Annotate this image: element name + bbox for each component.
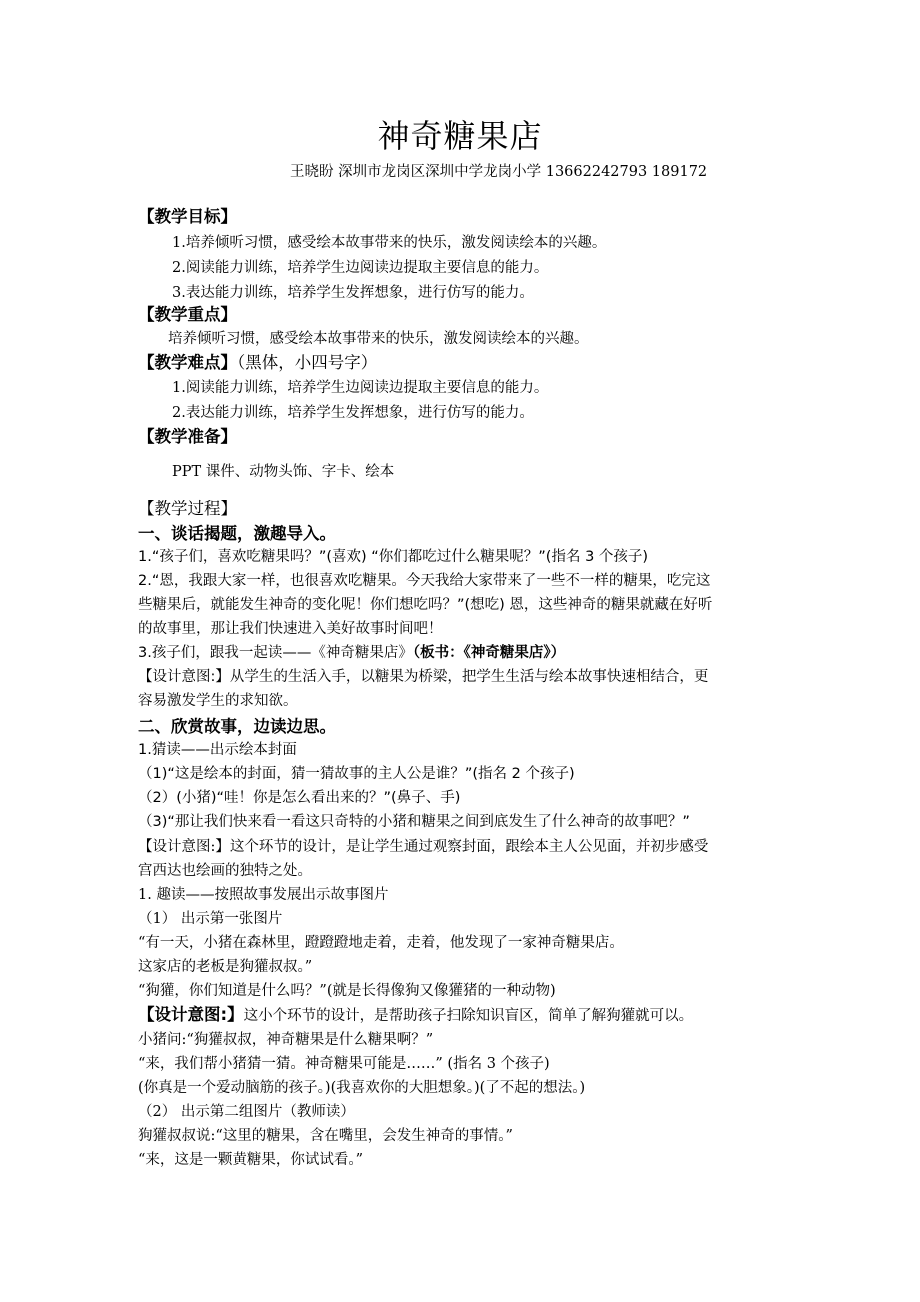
difficulties-note: （黑体，小四号字） (237, 353, 377, 372)
process-line: 这家店的老板是狗獾叔叔。” (138, 956, 312, 978)
difficulties-heading-row: 【教学难点】（黑体，小四号字） (138, 352, 377, 375)
process-line: (你真是一个爱动脑筋的孩子。)(我喜欢你的大胆想象。)(了不起的想法。) (138, 1077, 585, 1099)
process-line: 1. 趣读——按照故事发展出示故事图片 (138, 884, 388, 906)
process-line: （3)“那让我们快来看一看这只奇特的小猪和糖果之间到底发生了什么神奇的故事吧？” (138, 811, 690, 833)
process-line: “来，我们帮小猪猜一猜。神奇糖果可能是……” (指名 3 个孩子) (138, 1053, 550, 1075)
process-line: （2） 出示第二组图片（教师读） (138, 1101, 355, 1123)
design-intent: 容易激发学生的求知欲。 (138, 690, 298, 712)
blackboard-note: （板书：《神奇糖果店》） (413, 645, 565, 661)
design-intent-2: 【设计意图:】这小个环节的设计，是帮助孩子扫除知识盲区，简单了解狗獾就可以。 (138, 1004, 693, 1027)
goal-item: 2.阅读能力训练，培养学生边阅读边提取主要信息的能力。 (172, 257, 548, 279)
process-line: 些糖果后，就能发生神奇的变化呢！你们想吃吗？”(想吃) 恩，这些神奇的糖果就藏在… (138, 594, 712, 616)
goal-item: 1.培养倾听习惯，感受绘本故事带来的快乐，激发阅读绘本的兴趣。 (172, 232, 606, 254)
key-points-heading: 【教学重点】 (138, 304, 237, 326)
part2-heading: 二、欣赏故事，边读边思。 (138, 716, 336, 738)
read-along-text: 3.孩子们，跟我一起读——《神奇糖果店》 (138, 645, 413, 661)
goal-item: 3.表达能力训练，培养学生发挥想象，进行仿写的能力。 (172, 282, 534, 304)
process-line: （1)“这是绘本的封面，猜一猜故事的主人公是谁？”(指名 2 个孩子) (138, 763, 575, 785)
process-line: 1.“孩子们，喜欢吃糖果吗？”(喜欢) “你们都吃过什么糖果呢？”(指名 3 个… (138, 546, 648, 568)
difficulties-heading: 【教学难点】 (138, 353, 237, 372)
preparation-heading: 【教学准备】 (138, 426, 237, 448)
design-intent: 【设计意图:】这个环节的设计，是让学生通过观察封面，跟绘本主人公见面，并初步感受 (138, 836, 708, 858)
document-page: 神奇糖果店 王晓盼 深圳市龙岗区深圳中学龙岗小学 13662242793 189… (0, 0, 920, 1302)
document-title: 神奇糖果店 (0, 114, 920, 158)
process-line: （2）(小猪)“哇！你是怎么看出来的？”(鼻子、手) (138, 787, 460, 809)
goals-heading: 【教学目标】 (138, 206, 237, 228)
author-line: 王晓盼 深圳市龙岗区深圳中学龙岗小学 13662242793 189172 (290, 161, 707, 183)
part1-heading: 一、谈话揭题，激趣导入。 (138, 523, 336, 545)
process-line: （1） 出示第一张图片 (138, 908, 282, 930)
design-intent: 宫西达也绘画的独特之处。 (138, 860, 312, 882)
preparation-text: PPT 课件、动物头饰、字卡、绘本 (172, 461, 394, 483)
process-line: “狗獾，你们知道是什么吗？”(就是长得像狗又像獾猪的一种动物) (138, 980, 556, 1002)
process-line: “有一天，小猪在森林里，蹬蹬蹬地走着，走着，他发现了一家神奇糖果店。 (138, 932, 624, 954)
process-line: 狗獾叔叔说:“这里的糖果，含在嘴里，会发生神奇的事情。” (138, 1125, 513, 1147)
process-line: “来，这是一颗黄糖果，你试试看。” (138, 1149, 363, 1171)
design-intent: 【设计意图:】从学生的生活入手，以糖果为桥梁，把学生生活与绘本故事快速相结合，更 (138, 666, 708, 688)
difficulty-item: 1.阅读能力训练，培养学生边阅读边提取主要信息的能力。 (172, 377, 548, 399)
process-line: 2.“恩，我跟大家一样，也很喜欢吃糖果。今天我给大家带来了一些不一样的糖果，吃完… (138, 570, 710, 592)
process-line-3: 3.孩子们，跟我一起读——《神奇糖果店》（板书：《神奇糖果店》） (138, 642, 565, 664)
process-line: 小猪问:“狗獾叔叔，神奇糖果是什么糖果啊？” (138, 1029, 433, 1051)
design-intent-text: 这小个环节的设计，是帮助孩子扫除知识盲区，简单了解狗獾就可以。 (244, 1008, 694, 1024)
process-line: 的故事里，那让我们快速进入美好故事时间吧！ (138, 618, 443, 640)
process-line: 1.猜读——出示绘本封面 (138, 739, 297, 761)
process-heading: 【教学过程】 (138, 498, 237, 520)
design-intent-label: 【设计意图:】 (138, 1005, 244, 1024)
difficulty-item: 2.表达能力训练，培养学生发挥想象，进行仿写的能力。 (172, 402, 534, 424)
key-points-text: 培养倾听习惯，感受绘本故事带来的快乐，激发阅读绘本的兴趣。 (168, 328, 589, 350)
